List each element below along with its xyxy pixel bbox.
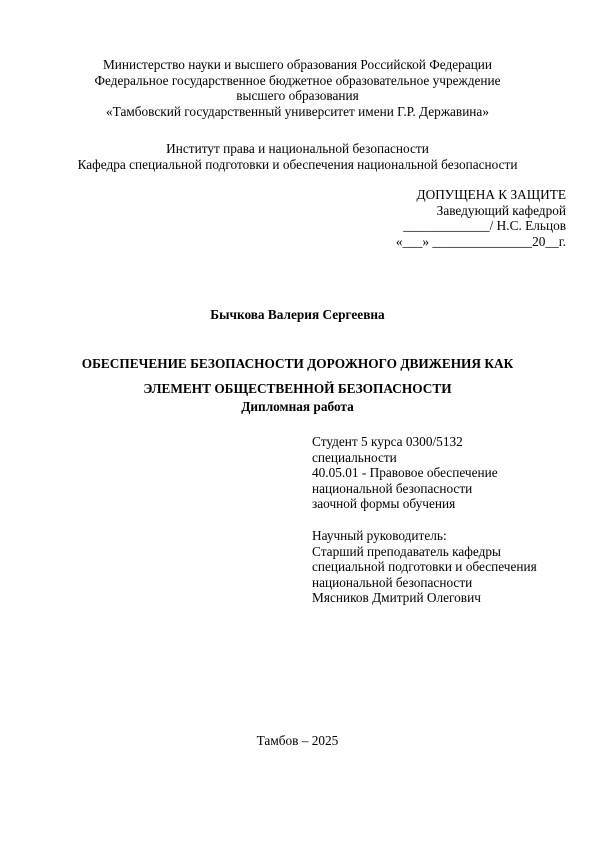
student-specialty-name: национальной безопасности <box>312 481 498 497</box>
author-name: Бычкова Валерия Сергеевна <box>0 307 595 323</box>
supervisor-label: Научный руководитель: <box>312 528 537 544</box>
supervisor-info: Научный руководитель: Старший преподават… <box>312 528 537 606</box>
university-name-line: «Тамбовский государственный университет … <box>0 104 595 120</box>
institute-block: Институт права и национальной безопаснос… <box>0 141 595 172</box>
supervisor-department-1: специальной подготовки и обеспечения <box>312 559 537 575</box>
student-study-form: заочной формы обучения <box>312 496 498 512</box>
approval-block: ДОПУЩЕНА К ЗАЩИТЕ Заведующий кафедрой __… <box>396 187 566 249</box>
date-line: «___» _______________20__г. <box>396 234 566 250</box>
thesis-title: ОБЕСПЕЧЕНИЕ БЕЗОПАСНОСТИ ДОРОЖНОГО ДВИЖЕ… <box>0 351 595 401</box>
student-specialty-label: специальности <box>312 450 498 466</box>
supervisor-department-2: национальной безопасности <box>312 575 537 591</box>
institute-name: Институт права и национальной безопаснос… <box>0 141 595 157</box>
institution-type-line: Федеральное государственное бюджетное об… <box>0 73 595 89</box>
ministry-header: Министерство науки и высшего образования… <box>0 57 595 119</box>
thesis-title-line-1: ОБЕСПЕЧЕНИЕ БЕЗОПАСНОСТИ ДОРОЖНОГО ДВИЖЕ… <box>0 351 595 376</box>
education-level-line: высшего образования <box>0 88 595 104</box>
approval-position: Заведующий кафедрой <box>396 203 566 219</box>
work-type: Дипломная работа <box>0 399 595 415</box>
ministry-line: Министерство науки и высшего образования… <box>0 57 595 73</box>
student-course: Студент 5 курса 0300/5132 <box>312 434 498 450</box>
student-specialty-code: 40.05.01 - Правовое обеспечение <box>312 465 498 481</box>
student-info: Студент 5 курса 0300/5132 специальности … <box>312 434 498 512</box>
thesis-title-line-2: ЭЛЕМЕНТ ОБЩЕСТВЕННОЙ БЕЗОПАСНОСТИ <box>0 376 595 401</box>
signature-line: _____________/ Н.С. Ельцов <box>396 218 566 234</box>
city-year: Тамбов – 2025 <box>0 733 595 749</box>
approval-title: ДОПУЩЕНА К ЗАЩИТЕ <box>396 187 566 203</box>
supervisor-position: Старший преподаватель кафедры <box>312 544 537 560</box>
department-name: Кафедра специальной подготовки и обеспеч… <box>0 157 595 173</box>
supervisor-name: Мясников Дмитрий Олегович <box>312 590 537 606</box>
